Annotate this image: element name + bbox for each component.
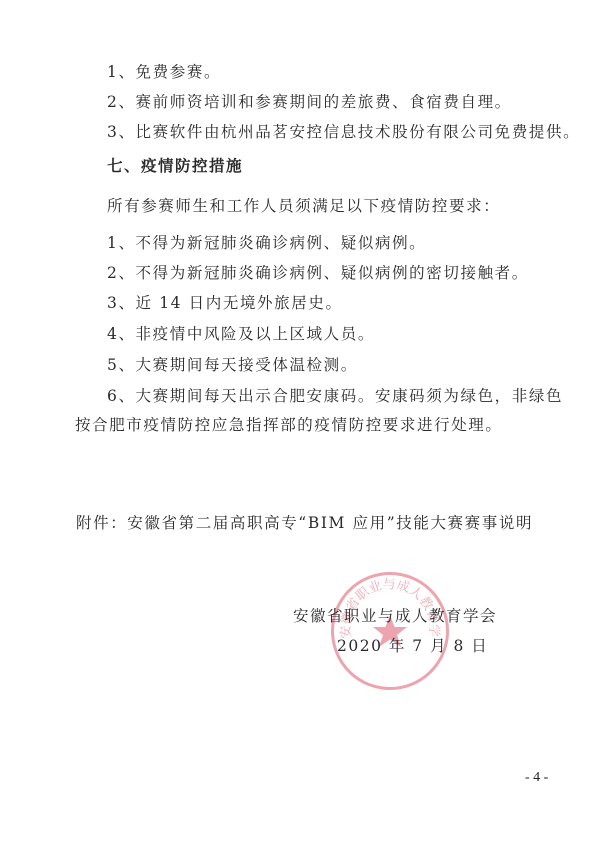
fee-item-3: 3、比赛软件由杭州品茗安控信息技术股份有限公司免费提供。 — [107, 122, 580, 142]
requirement-item-1: 1、不得为新冠肺炎确诊病例、疑似病例。 — [107, 233, 426, 253]
page-number: - 4 - — [525, 770, 548, 786]
requirement-item-2: 2、不得为新冠肺炎确诊病例、疑似病例的密切接触者。 — [107, 263, 529, 283]
attachment-note: 附件：安徽省第二届高职高专“BIM 应用”技能大赛赛事说明 — [76, 513, 533, 533]
fee-item-1: 1、免费参赛。 — [107, 62, 221, 82]
requirement-item-6-continued: 按合肥市疫情防控应急指挥部的疫情防控要求进行处理。 — [75, 415, 503, 435]
star-icon: 安徽省职业与成人教育学会 — [334, 575, 446, 687]
requirement-item-5: 5、大赛期间每天接受体温检测。 — [107, 355, 358, 375]
signature-organization: 安徽省职业与成人教育学会 — [293, 604, 497, 626]
signature-date: 2020 年 7 月 8 日 — [337, 634, 488, 656]
official-seal: 安徽省职业与成人教育学会 — [331, 572, 449, 690]
requirement-item-6: 6、大赛期间每天出示合肥安康码。安康码须为绿色，非绿色 — [107, 386, 563, 406]
requirement-item-4: 4、非疫情中风险及以上区域人员。 — [107, 324, 375, 344]
section-intro: 所有参赛师生和工作人员须满足以下疫情防控要求： — [107, 196, 500, 216]
fee-item-2: 2、赛前师资培训和参赛期间的差旅费、食宿费自理。 — [107, 92, 512, 112]
requirement-item-3: 3、近 14 日内无境外旅居史。 — [107, 293, 343, 313]
section-heading: 七、疫情防控措施 — [107, 156, 243, 176]
